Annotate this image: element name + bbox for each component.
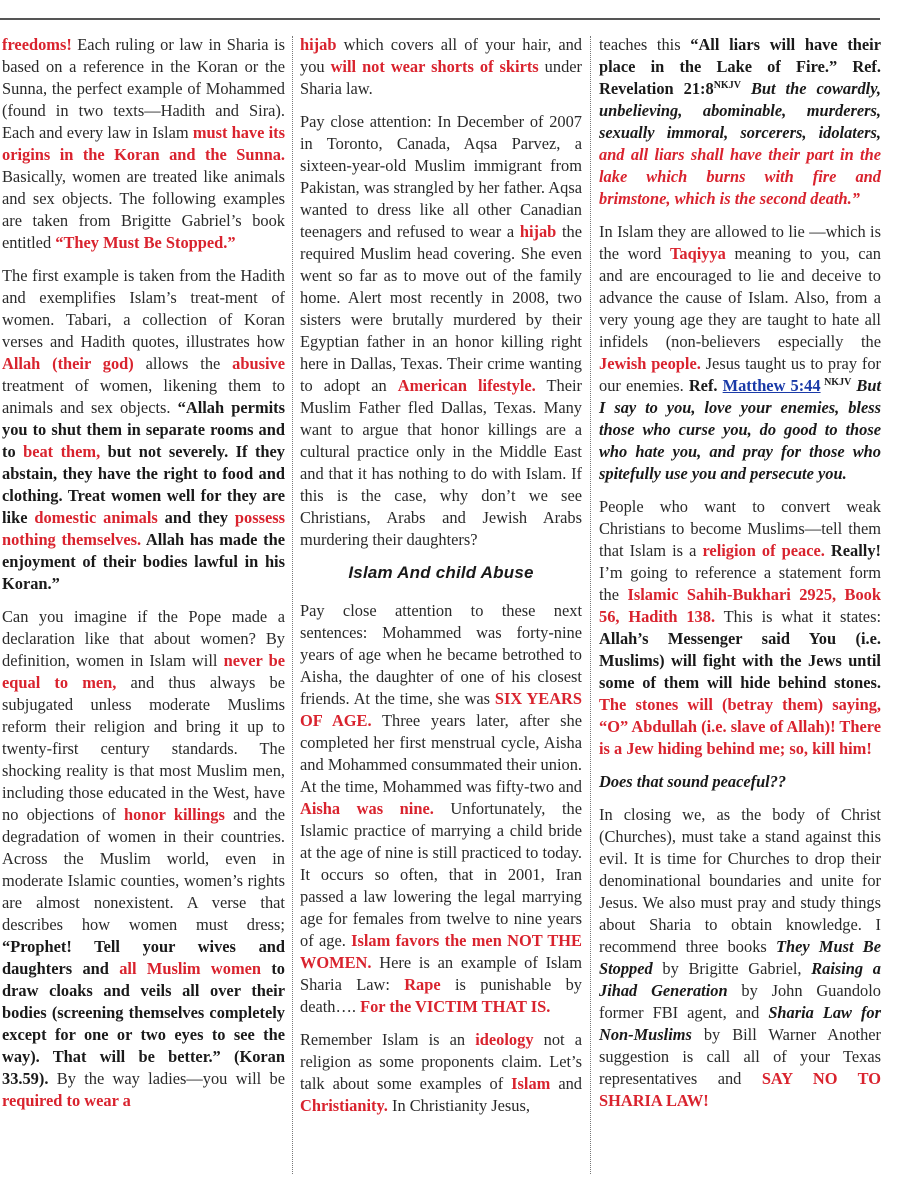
body-text: the required Muslim head covering. She e…	[300, 222, 582, 395]
emphasis-red-text: Islam	[511, 1074, 550, 1093]
emphasis-red-text: and all liars shall have their part in t…	[599, 145, 881, 208]
body-text: In Christianity Jesus,	[388, 1096, 530, 1115]
emphasis-bold-text: Allah’s Messenger said You (i.e. Muslims…	[599, 629, 881, 692]
emphasis-red-text: Aisha was nine.	[300, 799, 434, 818]
paragraph: Pay close attention: In December of 2007…	[300, 111, 582, 551]
bible-version-superscript: NKJV	[821, 377, 852, 388]
body-text: Remember Islam is an	[300, 1030, 475, 1049]
paragraph: Does that sound peaceful??	[599, 771, 881, 793]
body-text: by Brigitte Gabriel,	[653, 959, 811, 978]
emphasis-red-text: domestic animals	[34, 508, 157, 527]
paragraph: People who want to convert weak Christia…	[599, 496, 881, 760]
emphasis-red-text: Christianity.	[300, 1096, 388, 1115]
emphasis-red-text: ideology	[475, 1030, 533, 1049]
emphasis-red-text: Jewish people.	[599, 354, 701, 373]
emphasis-red-text: “They Must Be Stopped.”	[55, 233, 235, 252]
paragraph: The first example is taken from the Hadi…	[2, 265, 285, 595]
section-heading: Islam And child Abuse	[300, 562, 582, 584]
body-text: Unfortunately, the Islamic practice of m…	[300, 799, 582, 950]
body-text: By the way ladies—you will be	[48, 1069, 285, 1088]
emphasis-red-text: abusive	[232, 354, 285, 373]
column-3: teaches this “All liars will have their …	[599, 34, 881, 1123]
body-text: and	[550, 1074, 582, 1093]
body-text: teaches this	[599, 35, 690, 54]
emphasis-red-text: hijab	[520, 222, 556, 241]
emphasis-red-text: will not wear shorts of skirts	[331, 57, 539, 76]
emphasis-red-text: For the VICTIM THAT IS.	[360, 997, 550, 1016]
paragraph: Pay close attention to these next senten…	[300, 600, 582, 1018]
paragraph: Remember Islam is an ideology not a reli…	[300, 1029, 582, 1117]
paragraph: teaches this “All liars will have their …	[599, 34, 881, 210]
body-text: This is what it states:	[715, 607, 881, 626]
emphasis-red-text: Taqiyya	[670, 244, 726, 263]
paragraph: In Islam they are allowed to lie —which …	[599, 221, 881, 485]
body-text: In closing we, as the body of Christ (Ch…	[599, 805, 881, 956]
column-1: freedoms! Each ruling or law in Sharia i…	[2, 34, 285, 1123]
paragraph: Can you imagine if the Pope made a decla…	[2, 606, 285, 1112]
emphasis-red-text: American lifestyle.	[398, 376, 536, 395]
body-text: allows the	[134, 354, 232, 373]
top-horizontal-rule	[0, 18, 880, 20]
emphasis-red-text: honor killings	[124, 805, 225, 824]
emphasis-bold-text: and they	[158, 508, 235, 527]
emphasis-bold-text: Does that sound peaceful??	[599, 772, 786, 791]
emphasis-red-text: all Muslim women	[119, 959, 261, 978]
emphasis-red-text: freedoms!	[2, 35, 72, 54]
body-text: and thus always be subjugated unless mod…	[2, 673, 285, 824]
column-divider-2	[590, 36, 591, 1174]
body-text: The first example is taken from the Hadi…	[2, 266, 285, 351]
emphasis-red-text: Allah (their god)	[2, 354, 134, 373]
emphasis-bold-text: Really!	[825, 541, 881, 560]
column-2: hijab which covers all of your hair, and…	[300, 34, 582, 1128]
scripture-reference-link[interactable]: Matthew 5:44	[723, 376, 821, 395]
paragraph: hijab which covers all of your hair, and…	[300, 34, 582, 100]
emphasis-red-text: beat them,	[23, 442, 100, 461]
emphasis-bold-text: Ref.	[689, 376, 723, 395]
emphasis-red-text: The stones will (betray them) saying, “O…	[599, 695, 881, 758]
emphasis-red-text: hijab	[300, 35, 336, 54]
body-text: and the degradation of women in their co…	[2, 805, 285, 934]
emphasis-red-text: required to wear a	[2, 1091, 131, 1110]
body-text: Their Muslim Father fled Dallas, Texas. …	[300, 376, 582, 549]
paragraph: In closing we, as the body of Christ (Ch…	[599, 804, 881, 1112]
bible-version-superscript: NKJV	[714, 80, 741, 91]
emphasis-red-text: Rape	[404, 975, 440, 994]
emphasis-red-text: religion of peace.	[702, 541, 824, 560]
paragraph: freedoms! Each ruling or law in Sharia i…	[2, 34, 285, 254]
column-divider-1	[292, 36, 293, 1174]
